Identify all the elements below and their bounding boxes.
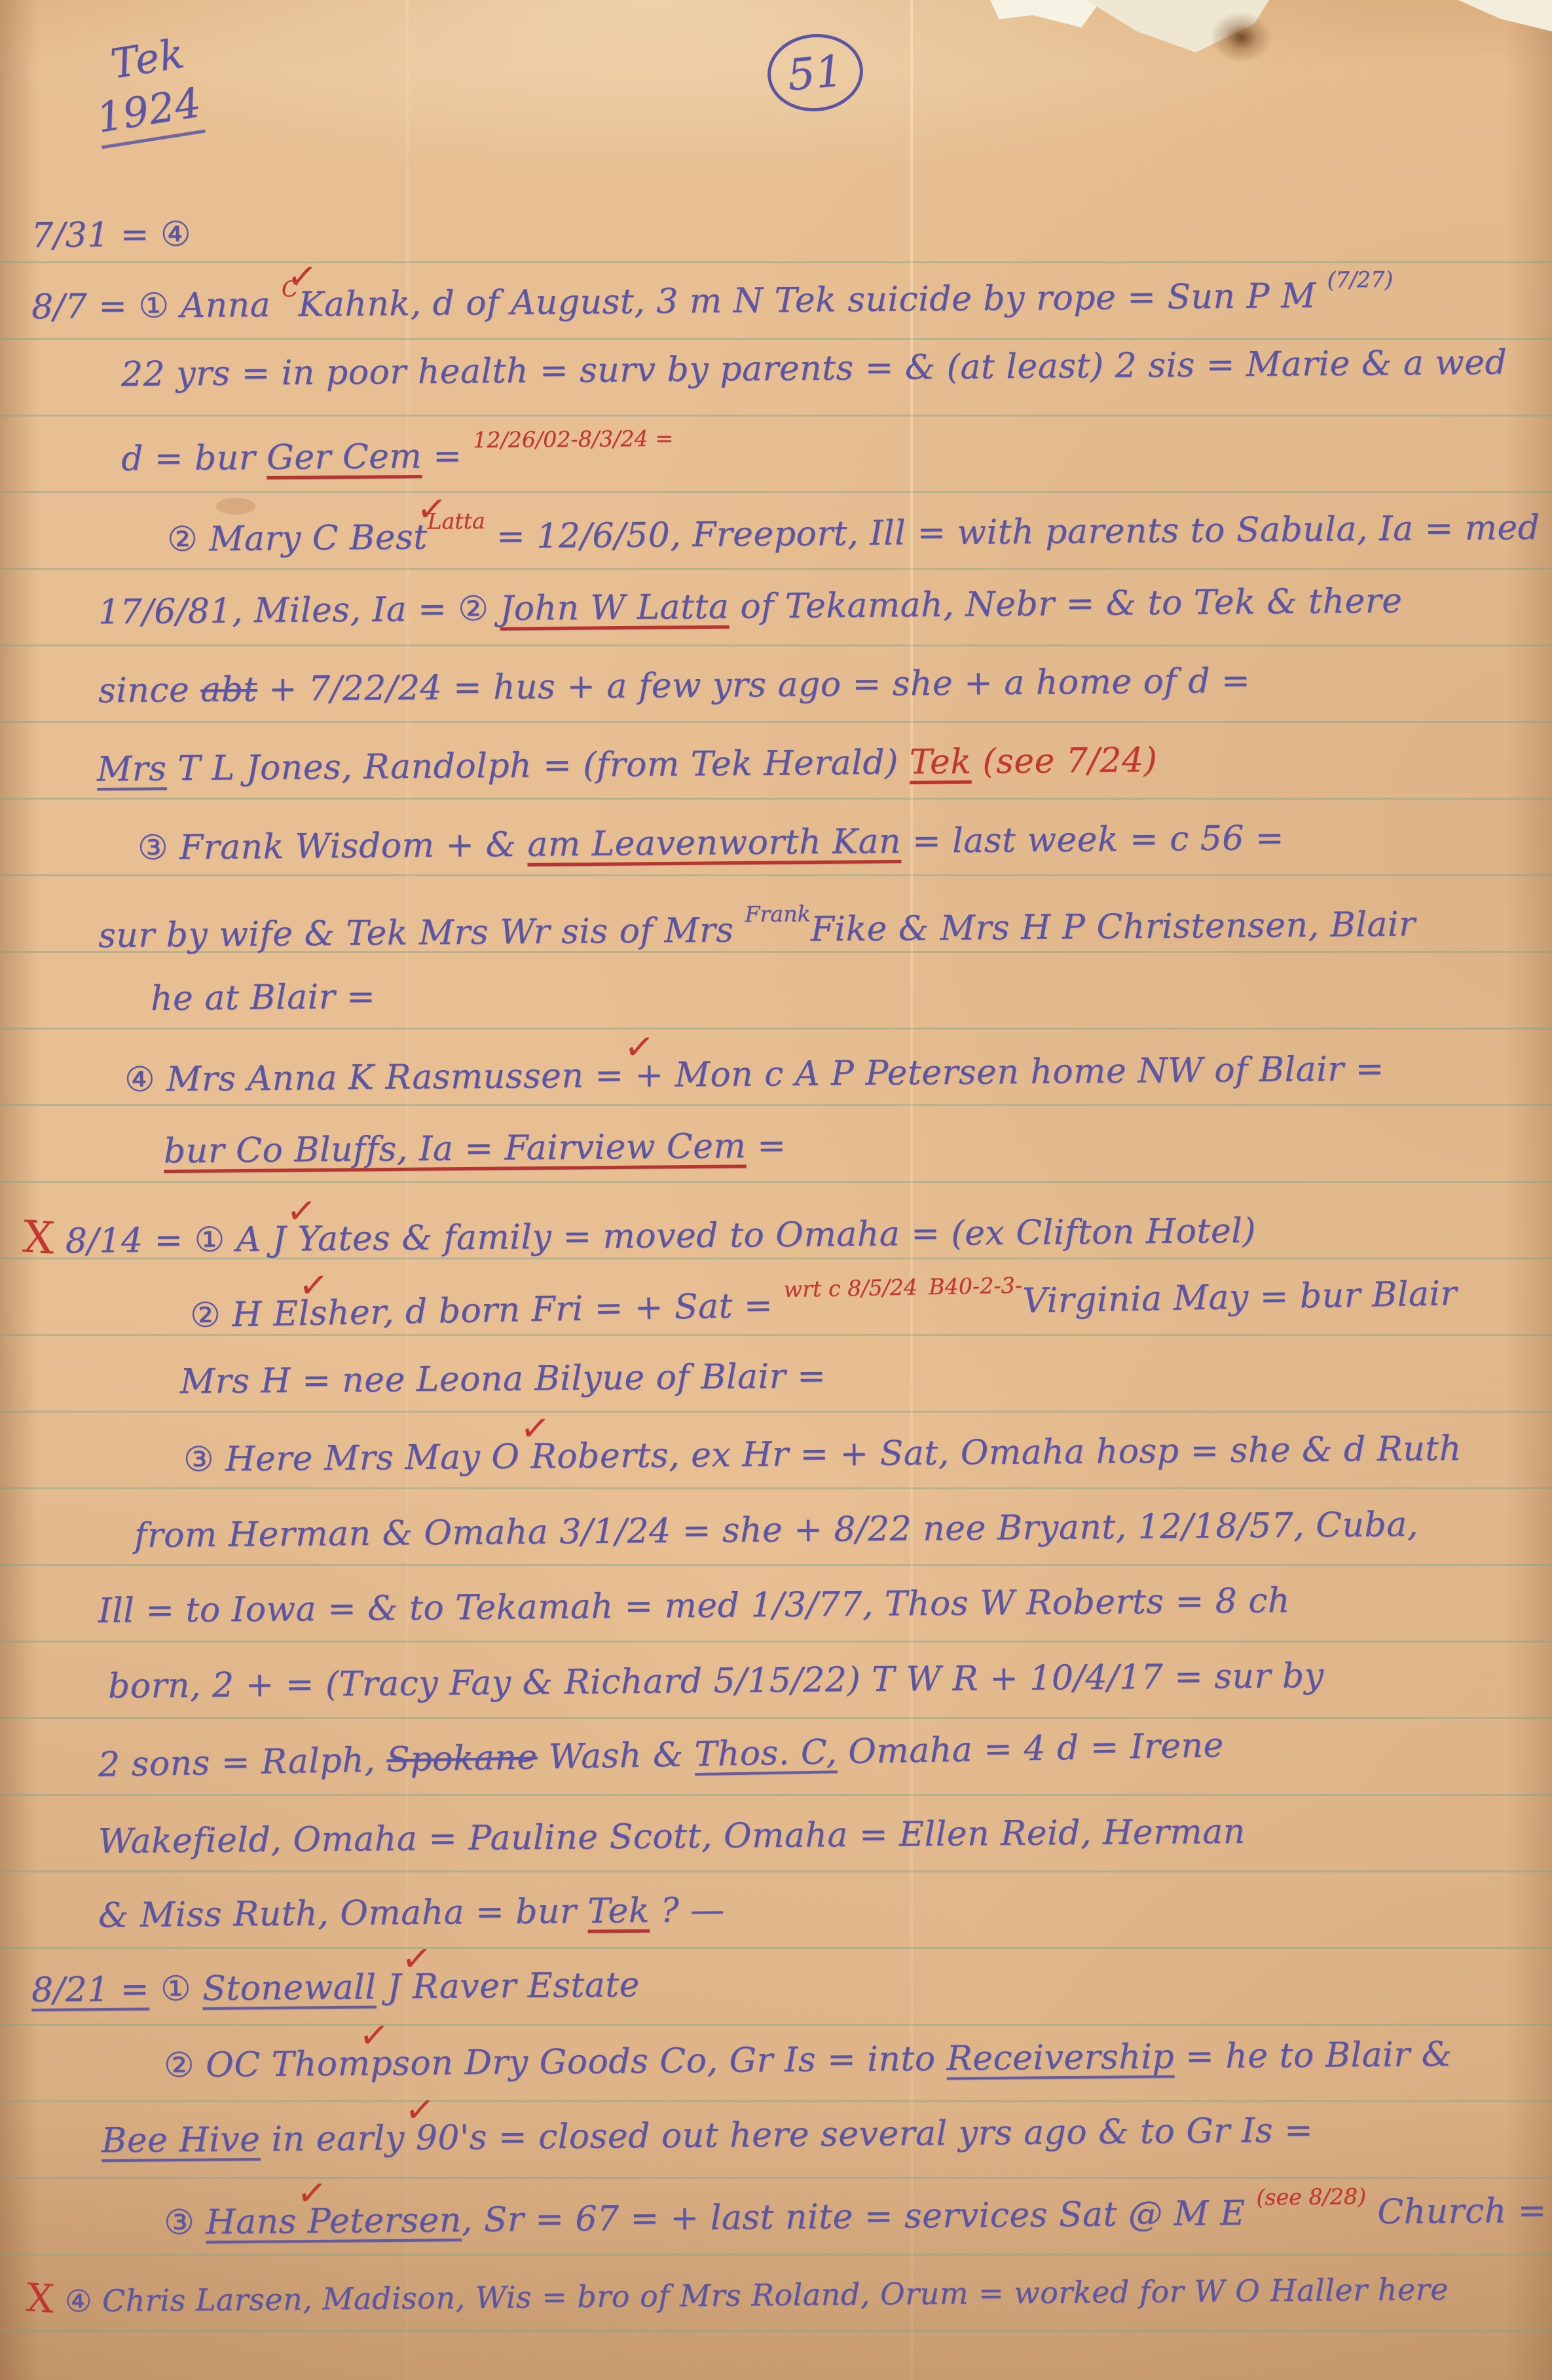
text-segment: = last week = c 56 = (901, 819, 1285, 861)
line-h-elsher-2: Mrs H = nee Leona Bilyue of Blair = (180, 1356, 826, 1402)
line-mary-best-latta-4: Mrs T L Jones, Randolph = (from Tek Hera… (97, 741, 1158, 789)
text-segment: Receivership (946, 2037, 1174, 2079)
text-segment: ① (149, 1969, 203, 2009)
line-chris-larsen: X④ Chris Larsen, Madison, Wis = bro of M… (26, 2263, 1449, 2322)
page-number: 51 (785, 45, 845, 100)
red-x-marker: X (25, 2275, 56, 2322)
text-segment: Mrs (97, 749, 167, 789)
text-segment: 22 yrs = in poor health = surv by parent… (121, 343, 1507, 394)
paper-stain (1210, 12, 1272, 63)
line-anna-kahnk-3: d = bur Ger Cem = 12/26/02-8/3/24 = (121, 426, 674, 479)
line-mary-best-latta-3: since abt + 7/22/24 = hus + a few yrs ag… (98, 661, 1251, 711)
red-checkmark: ✓ (415, 487, 418, 529)
text-segment: ④ Mrs Anna K Rasmussen = (124, 1056, 635, 1100)
text-segment: (see 7/24) (971, 741, 1158, 781)
text-segment: d = bur (121, 438, 267, 479)
text-segment: 90's = closed out here several yrs ago &… (416, 2111, 1314, 2158)
text-segment: 2 sons = Ralph, (98, 1740, 386, 1785)
text-segment: + 7/22/24 = hus + a few yrs ago = she + … (257, 661, 1251, 709)
line-may-roberts-1: ③ Here Mrs May O ✓Roberts, ex Hr = + Sat… (183, 1426, 1462, 1479)
red-checkmark: ✓ (286, 254, 289, 296)
text-segment: T L Jones, Randolph = (from Tek Herald) (166, 743, 910, 789)
text-segment: + Mon c A P Petersen home NW of Blair = (635, 1049, 1384, 1095)
text-segment: Yates & family = moved to Omaha = (ex Cl… (297, 1212, 1256, 1259)
line-may-roberts-7: & Miss Ruth, Omaha = bur Tek ? — (98, 1891, 725, 1935)
header-date: Tek 1924 (85, 27, 205, 149)
text-segment: 8/21 = (31, 1969, 149, 2010)
text-segment: ? — (650, 1891, 725, 1931)
text-segment: am Leavenworth Kan (527, 822, 901, 865)
text-segment: 7/31 = ④ (31, 215, 192, 255)
line-aj-yates: X8/14 = ① A J ✓Yates & family = moved to… (23, 1201, 1257, 1263)
text-segment: ③ (164, 2203, 206, 2242)
line-mary-best-latta-1: ② Mary C Best✓Latta = 12/6/50, Freeport,… (167, 499, 1540, 559)
text-segment (917, 1283, 929, 1322)
page-number-circle: 51 (764, 30, 866, 115)
line-may-roberts-4: born, 2 + = (Tracy Fay & Richard 5/15/22… (108, 1656, 1324, 1706)
red-checkmark: ✓ (285, 1189, 289, 1231)
scanned-notebook-page: Tek 1924 51 7/31 = ④8/7 = ① Anna C✓Kahnk… (0, 0, 1552, 2380)
text-segment: born, 2 + = (Tracy Fay & Richard 5/15/22… (108, 1656, 1324, 1706)
line-date-7-31: 7/31 = ④ (31, 215, 192, 255)
line-frank-wisdom-2: sur by wife & Tek Mrs Wr sis of Mrs Fran… (98, 895, 1416, 956)
text-segment: Virginia May = bur Blair (1022, 1274, 1457, 1321)
line-anna-kahnk-1: 8/7 = ① Anna C✓Kahnk, d of August, 3 m N… (31, 267, 1394, 327)
line-anna-rasmussen-2: bur Co Bluffs, Ia = Fairview Cem = (164, 1126, 786, 1171)
line-may-roberts-6: Wakefield, Omaha = Pauline Scott, Omaha … (98, 1812, 1246, 1861)
text-segment: & Miss Ruth, Omaha = bur (98, 1891, 588, 1935)
text-segment: Omaha = 4 d = Irene (837, 1726, 1225, 1772)
text-segment: 12/26/02-8/3/24 = (473, 426, 674, 453)
line-hans-petersen: ③ Hans ✓Petersen, Sr = 67 = + last nite … (164, 2182, 1547, 2242)
text-segment: abt (200, 670, 257, 710)
text-segment: = 12/6/50, Freeport, Ill = with parents … (485, 508, 1540, 557)
line-may-roberts-5: 2 sons = Ralph, Spokane Wash & Thos. C, … (98, 1726, 1224, 1785)
line-stonewall-raver: 8/21 = ① Stonewall J ✓Raver Estate (31, 1963, 640, 2010)
text-segment: B40-2-3- (929, 1273, 1022, 1299)
red-x-marker: X (22, 1210, 56, 1264)
text-segment: (see 8/28) (1256, 2184, 1366, 2210)
torn-edge (990, 0, 1101, 28)
text-segment: Frank (745, 901, 811, 927)
text-segment: ④ Chris Larsen, Madison, Wis = bro of Mr… (65, 2271, 1449, 2318)
text-segment: Tek (587, 1891, 650, 1931)
text-segment: since (98, 671, 201, 711)
text-segment: , Sr = 67 = + last nite = services Sat @… (461, 2193, 1256, 2240)
text-segment: sher, d born Fri = + Sat = (309, 1286, 784, 1333)
text-segment: pson Dry Goods Co, Gr Is = into (370, 2039, 947, 2084)
text-segment: Wash & (537, 1735, 695, 1777)
red-checkmark: ✓ (399, 1936, 403, 1978)
text-segment: Thos. C, (694, 1732, 838, 1774)
text-segment: Bee Hive (102, 2120, 261, 2161)
text-segment: = he to Blair & (1174, 2035, 1452, 2077)
text-segment: wrt c 8/5/24 (783, 1274, 917, 1303)
text-segment: Raver Estate (413, 1965, 640, 2007)
red-checkmark: ✓ (295, 2170, 299, 2212)
text-segment: from Herman & Omaha 3/1/24 = she + 8/22 … (134, 1505, 1418, 1555)
text-segment: Spokane (386, 1738, 538, 1779)
line-mary-best-latta-2: 17/6/81, Miles, Ia = ② John W Latta of T… (98, 582, 1403, 632)
text-segment: Petersen (308, 2201, 462, 2241)
text-segment: 8/7 = ① Anna (31, 286, 282, 327)
text-segment: ③ Frank Wisdom + & (138, 825, 528, 868)
red-checkmark: ✓ (358, 2013, 361, 2055)
text-segment: John W Latta (500, 587, 729, 629)
line-frank-wisdom-1: ③ Frank Wisdom + & am Leavenworth Kan = … (138, 819, 1284, 868)
text-segment: Fike & Mrs H P Christensen, Blair (811, 904, 1416, 949)
line-anna-rasmussen-1: ④ Mrs Anna K Rasmussen = ✓+ Mon c A P Pe… (124, 1047, 1384, 1100)
line-oc-thompson-2: Bee Hive in early ✓90's = closed out her… (102, 2108, 1314, 2161)
text-segment: ② Mary C Best (167, 518, 428, 559)
line-may-roberts-3: Ill = to Iowa = & to Tekamah = med 1/3/7… (98, 1581, 1290, 1631)
line-anna-kahnk-2: 22 yrs = in poor health = surv by parent… (121, 343, 1507, 394)
text-segment: , d of August, 3 m N Tek suicide by rope… (410, 276, 1327, 324)
line-may-roberts-2: from Herman & Omaha 3/1/24 = she + 8/22 … (134, 1505, 1418, 1555)
text-segment: of Tekamah, Nebr = & to Tek & there (729, 582, 1403, 627)
text-segment: Stonewall (202, 1967, 377, 2008)
text-segment: he at Blair = (151, 977, 376, 1018)
text-segment: Ger Cem (267, 437, 422, 477)
red-checkmark: ✓ (403, 2087, 407, 2129)
torn-edge (1437, 0, 1552, 31)
text-segment: Church = (1366, 2191, 1547, 2232)
text-segment: Tek (910, 742, 972, 782)
text-segment: (7/27) (1327, 267, 1393, 293)
text-segment: Ill = to Iowa = & to Tekamah = med 1/3/7… (98, 1581, 1290, 1631)
text-segment: ② H El (190, 1294, 310, 1335)
header-year: 1924 (93, 77, 205, 149)
text-segment: = (746, 1126, 786, 1166)
text-segment: 17/6/81, Miles, Ia = ② (98, 589, 500, 632)
red-checkmark: ✓ (518, 1406, 522, 1448)
text-segment: ② OC Thom (164, 2044, 371, 2085)
red-checkmark: ✓ (297, 1263, 301, 1305)
text-segment: Mrs H = nee Leona Bilyue of Blair = (180, 1356, 826, 1402)
text-segment: sur by wife & Tek Mrs Wr sis of Mrs (98, 910, 745, 956)
text-segment: Hans (206, 2202, 308, 2242)
line-frank-wisdom-3: he at Blair = (151, 977, 376, 1018)
text-segment: in early (260, 2119, 416, 2159)
red-checkmark: ✓ (622, 1024, 626, 1066)
text-segment: 8/14 = ① A J (65, 1219, 297, 1261)
text-segment: Roberts, ex Hr = + Sat, Omaha hosp = she… (530, 1429, 1462, 1476)
text-segment: = (422, 436, 473, 476)
line-h-elsher-1: ② H El✓sher, d born Fri = + Sat = wrt c … (189, 1265, 1457, 1335)
line-oc-thompson-1: ② OC Thom✓pson Dry Goods Co, Gr Is = int… (164, 2032, 1452, 2085)
text-segment: bur Co Bluffs, Ia = Fairview Cem (164, 1126, 747, 1171)
text-segment: Wakefield, Omaha = Pauline Scott, Omaha … (98, 1812, 1246, 1861)
text-segment: ③ Here Mrs May O (183, 1437, 531, 1479)
